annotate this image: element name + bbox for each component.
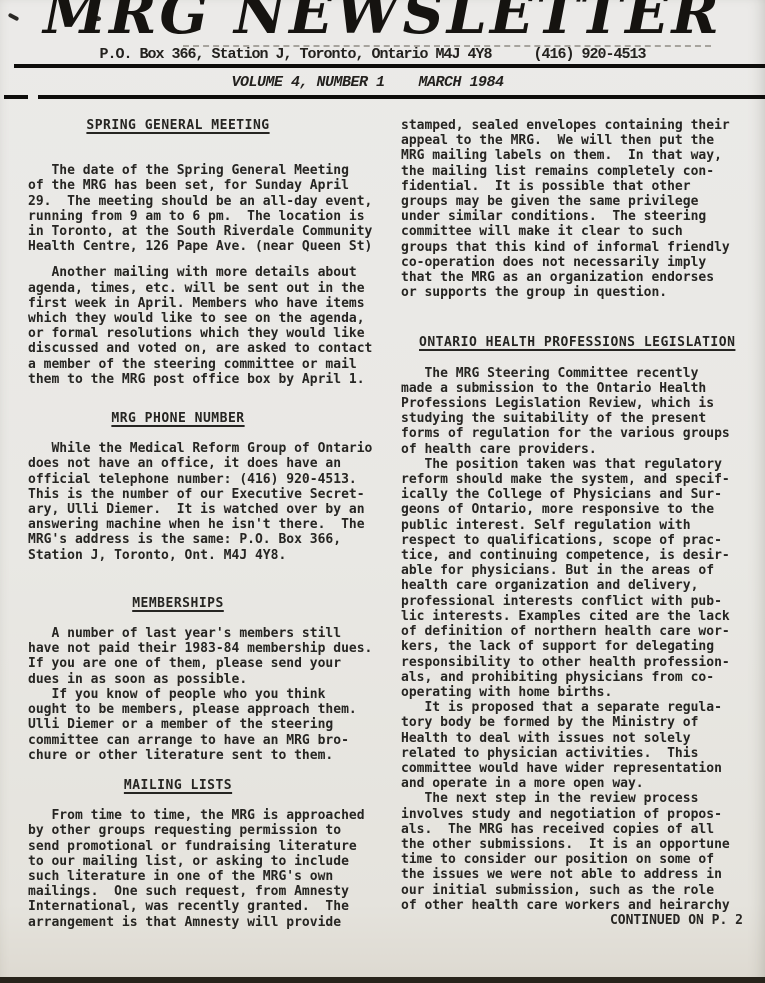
paragraph: The position taken was that regulatory r…: [401, 457, 751, 700]
paragraph: It is proposed that a separate regula- t…: [401, 700, 751, 791]
section-ontario-health-professions-legislation: ONTARIO HEALTH PROFESSIONS LEGISLATION T…: [401, 335, 751, 913]
section-mrg-phone-number: MRG PHONE NUMBER While the Medical Refor…: [28, 411, 378, 563]
section-heading: SPRING GENERAL MEETING: [28, 118, 328, 133]
paragraph: A number of last year's members still ha…: [28, 626, 378, 687]
paragraph: The MRG Steering Committee recently made…: [401, 366, 751, 457]
section-heading: MEMBERSHIPS: [28, 596, 328, 611]
bottom-header-rule: [38, 95, 765, 99]
paragraph: From time to time, the MRG is approached…: [28, 808, 378, 930]
masthead-address-row: P.O. Box 366, Station J, Toronto, Ontari…: [0, 46, 745, 63]
section-heading: ONTARIO HEALTH PROFESSIONS LEGISLATION: [401, 335, 751, 350]
section-spring-general-meeting: SPRING GENERAL MEETING The date of the S…: [28, 118, 378, 387]
newsletter-body: SPRING GENERAL MEETING The date of the S…: [28, 112, 751, 930]
newsletter-title: MRG NEWSLETTER: [0, 0, 765, 42]
volume-row: VOLUME 4, NUMBER 1 MARCH 1984: [0, 74, 735, 91]
newsletter-page: MRG NEWSLETTER P.O. Box 366, Station J, …: [0, 0, 765, 983]
rule-dash-fragment: [4, 95, 28, 99]
left-column: SPRING GENERAL MEETING The date of the S…: [28, 112, 378, 930]
paragraph: If you know of people who you think ough…: [28, 687, 378, 763]
paragraph: The date of the Spring General Meeting o…: [28, 163, 378, 254]
section-heading: MAILING LISTS: [28, 778, 328, 793]
continued-note: CONTINUED ON P. 2: [401, 913, 751, 928]
paragraph: While the Medical Reform Group of Ontari…: [28, 441, 378, 563]
section-memberships: MEMBERSHIPS A number of last year's memb…: [28, 596, 378, 763]
section-heading: MRG PHONE NUMBER: [28, 411, 328, 426]
volume-number: VOLUME 4, NUMBER 1: [231, 74, 384, 91]
issue-date: MARCH 1984: [419, 74, 504, 91]
top-rule: [14, 64, 765, 68]
right-column: stamped, sealed envelopes containing the…: [401, 112, 751, 930]
continuation-paragraph: stamped, sealed envelopes containing the…: [401, 118, 751, 300]
paragraph: The next step in the review process invo…: [401, 791, 751, 913]
paragraph: Another mailing with more details about …: [28, 265, 378, 387]
po-box-address: P.O. Box 366, Station J, Toronto, Ontari…: [99, 46, 491, 63]
section-mailing-lists: MAILING LISTS From time to time, the MRG…: [28, 778, 378, 930]
phone-number: (416) 920-4513: [534, 46, 646, 63]
